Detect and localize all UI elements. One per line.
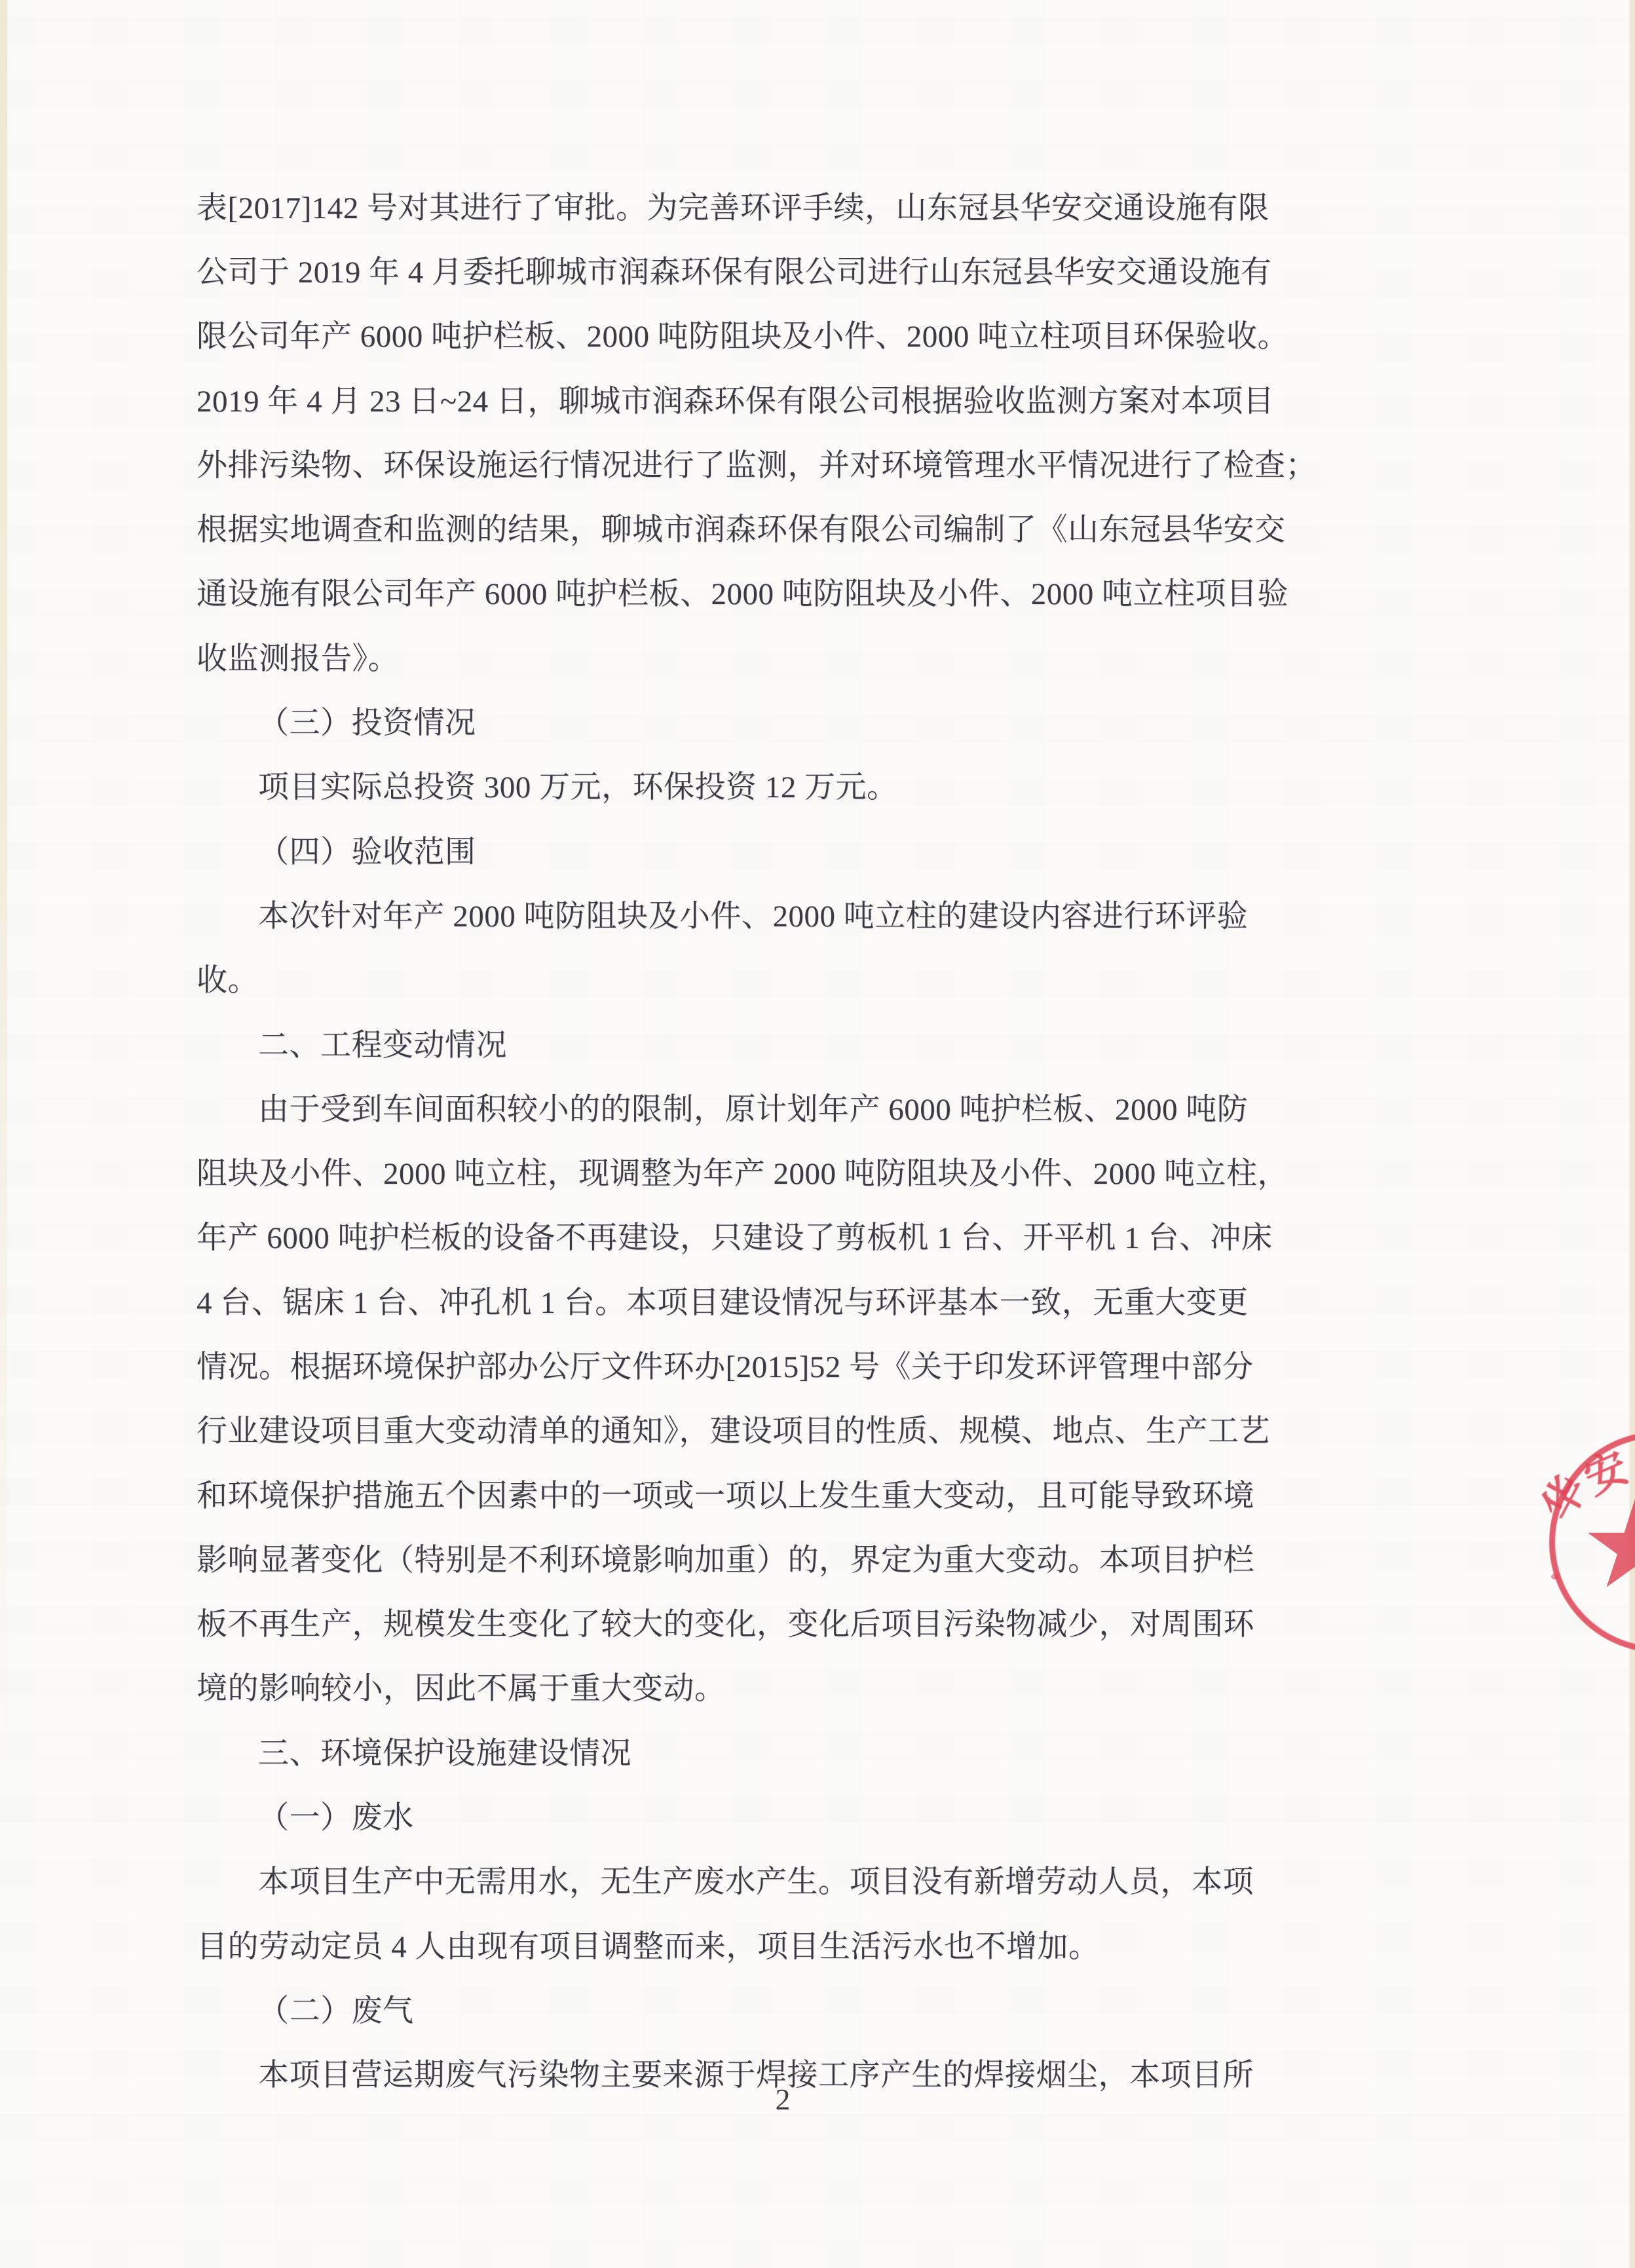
- scan-edge-right: [1628, 0, 1635, 2268]
- document-body: 表[2017]142 号对其进行了审批。为完善环评手续，山东冠县华安交通设施有限…: [197, 173, 1369, 2105]
- text-line: 项目实际总投资 300 万元，环保投资 12 万元。: [197, 753, 1369, 817]
- text-line: 2019 年 4 月 23 日~24 日，聊城市润森环保有限公司根据验收监测方案…: [197, 366, 1369, 430]
- scanned-document-page: 表[2017]142 号对其进行了审批。为完善环评手续，山东冠县华安交通设施有限…: [0, 0, 1635, 2268]
- text-line: 通设施有限公司年产 6000 吨护栏板、2000 吨防阻块及小件、2000 吨立…: [197, 559, 1369, 624]
- text-line: 影响显著变化（特别是不利环境影响加重）的，界定为重大变动。本项目护栏: [197, 1525, 1369, 1589]
- text-line: 收监测报告》。: [197, 624, 1369, 688]
- text-line: （四）验收范围: [197, 817, 1369, 881]
- text-line: （二）废气: [197, 1976, 1369, 2040]
- text-line: 限公司年产 6000 吨护栏板、2000 吨防阻块及小件、2000 吨立柱项目环…: [197, 302, 1369, 366]
- text-line: （三）投资情况: [197, 688, 1369, 752]
- text-line: 根据实地调查和监测的结果，聊城市润森环保有限公司编制了《山东冠县华安交: [197, 495, 1369, 559]
- text-line: 外排污染物、环保设施运行情况进行了监测，并对环境管理水平情况进行了检查；: [197, 430, 1369, 495]
- text-line: 由于受到车间面积较小的的限制，原计划年产 6000 吨护栏板、2000 吨防: [197, 1074, 1369, 1139]
- text-line: 收。: [197, 946, 1369, 1010]
- text-line: （一）废水: [197, 1783, 1369, 1847]
- text-line: 目的劳动定员 4 人由现有项目调整而来，项目生活污水也不增加。: [197, 1912, 1369, 1976]
- text-line: 年产 6000 吨护栏板的设备不再建设，只建设了剪板机 1 台、开平机 1 台、…: [197, 1203, 1369, 1268]
- scan-edge-left: [0, 0, 7, 2268]
- text-line: 4 台、锯床 1 台、冲孔机 1 台。本项目建设情况与环评基本一致，无重大变更: [197, 1268, 1369, 1332]
- text-line: 三、环境保护设施建设情况: [197, 1718, 1369, 1783]
- page-number: 2: [197, 2082, 1369, 2117]
- text-line: 行业建设项目重大变动清单的通知》，建设项目的性质、规模、地点、生产工艺: [197, 1397, 1369, 1461]
- text-line: 情况。根据环境保护部办公厅文件环办[2015]52 号《关于印发环评管理中部分: [197, 1332, 1369, 1396]
- text-line: 和环境保护措施五个因素中的一项或一项以上发生重大变动，且可能导致环境: [197, 1461, 1369, 1525]
- text-line: 阻块及小件、2000 吨立柱，现调整为年产 2000 吨防阻块及小件、2000 …: [197, 1139, 1369, 1203]
- seal-ink-speck: [1551, 1574, 1559, 1579]
- text-line: 本次针对年产 2000 吨防阻块及小件、2000 吨立柱的建设内容进行环评验: [197, 881, 1369, 945]
- text-line: 境的影响较小，因此不属于重大变动。: [197, 1654, 1369, 1718]
- text-line: 二、工程变动情况: [197, 1010, 1369, 1074]
- text-line: 表[2017]142 号对其进行了审批。为完善环评手续，山东冠县华安交通设施有限: [197, 173, 1369, 237]
- text-line: 本项目生产中无需用水，无生产废水产生。项目没有新增劳动人员，本项: [197, 1847, 1369, 1912]
- text-line: 公司于 2019 年 4 月委托聊城市润森环保有限公司进行山东冠县华安交通设施有: [197, 237, 1369, 301]
- text-line: 板不再生产，规模发生变化了较大的变化，变化后项目污染物减少，对周围环: [197, 1590, 1369, 1654]
